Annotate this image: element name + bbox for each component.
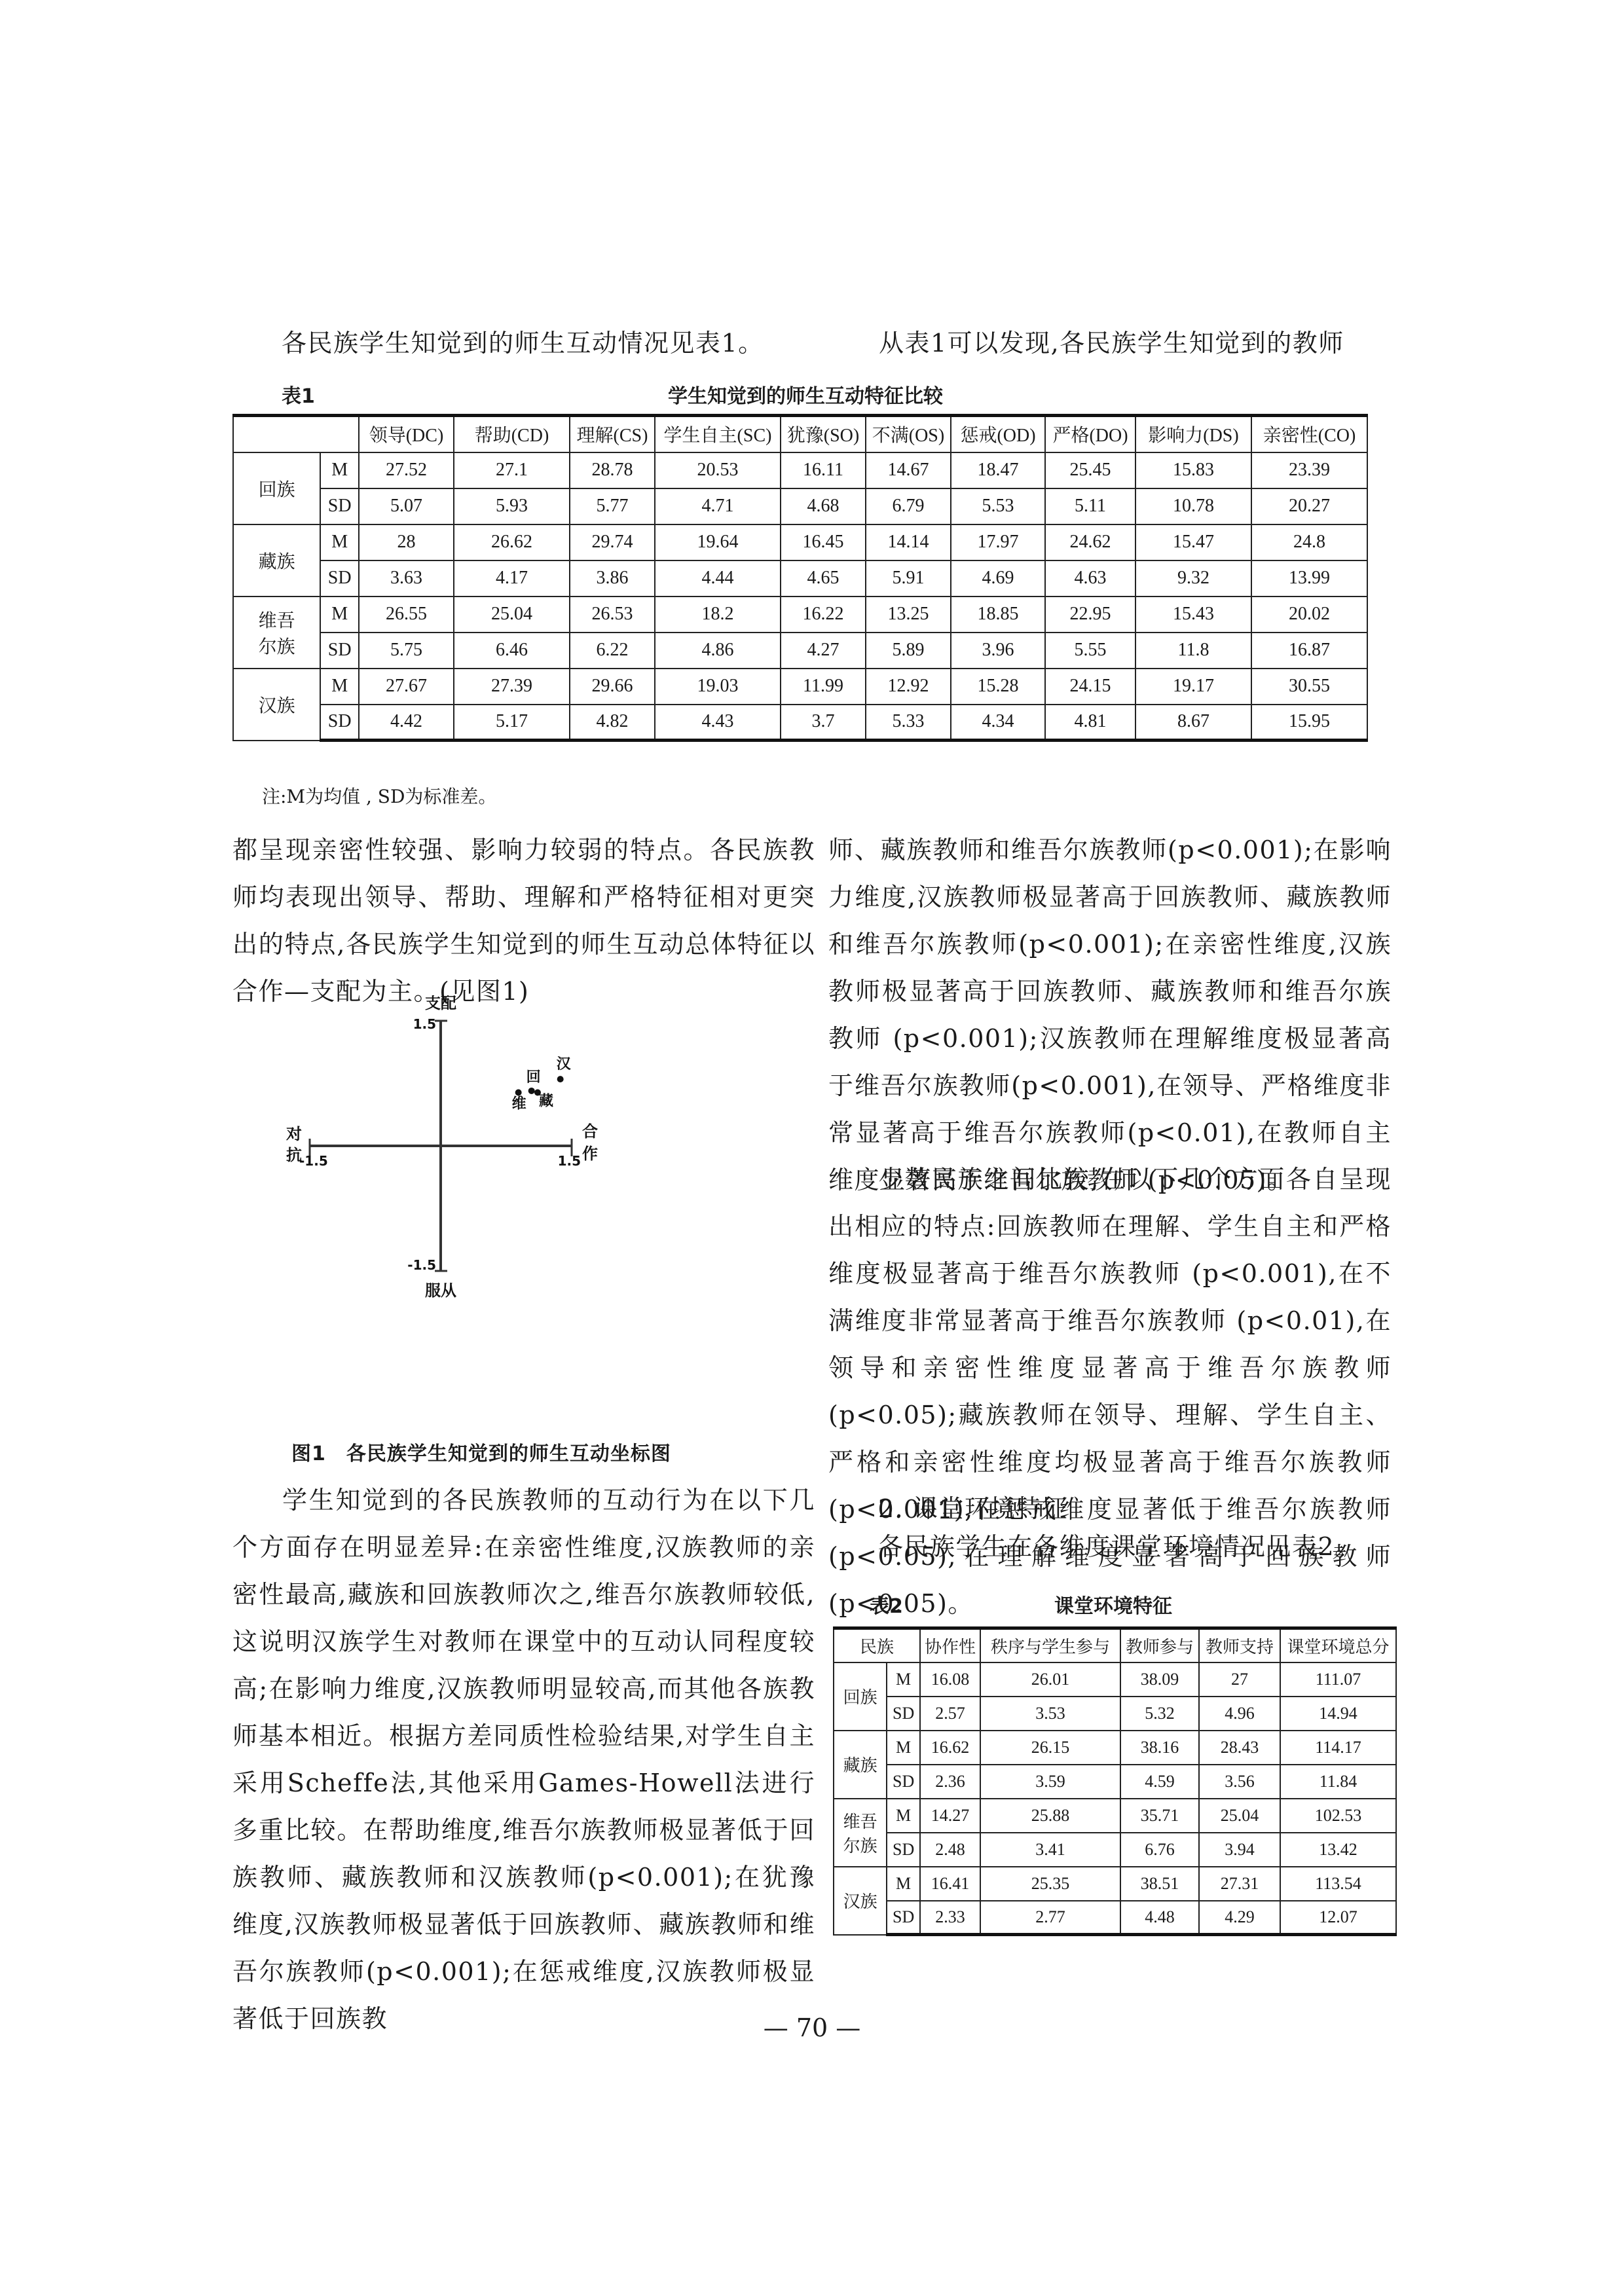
table2-row: SD2.573.535.324.9614.94 <box>834 1697 1396 1731</box>
table1-cell: 20.02 <box>1251 597 1367 633</box>
table2-row: SD2.483.416.763.9413.42 <box>834 1833 1396 1867</box>
table1-cell: 8.67 <box>1135 705 1251 741</box>
y-max-tick-label: 1.5 <box>413 1016 436 1032</box>
right-paragraph-3: 各民族学生在各维度课堂环境情况见表2。 <box>878 1523 1361 1570</box>
table1-row: 汉族M27.6727.3929.6619.0311.9912.9215.2824… <box>233 669 1367 705</box>
table2-col-header: 教师支持 <box>1199 1628 1280 1662</box>
table2-row: SD2.363.594.593.5611.84 <box>834 1765 1396 1799</box>
table1-cell: 16.11 <box>781 452 866 488</box>
table1-cell: 15.47 <box>1135 524 1251 560</box>
table1-col-header: 学生自主(SC) <box>655 416 781 452</box>
table1-cell: 3.96 <box>951 633 1045 669</box>
data-point-label: 汉 <box>557 1056 572 1073</box>
figure-1-chart: 支配1.5-1.5服从对抗-1.5合作1.5汉回藏维 <box>275 995 733 1454</box>
table2-label: 表2 <box>870 1590 903 1619</box>
table1-cell: 18.2 <box>655 597 781 633</box>
table1-cell: 5.93 <box>454 488 570 524</box>
table1-cell: 23.39 <box>1251 452 1367 488</box>
table1-cell: 13.99 <box>1251 560 1367 597</box>
table2-cell: 102.53 <box>1280 1799 1396 1833</box>
table2-cell: 16.08 <box>920 1662 980 1697</box>
data-point-label: 维 <box>512 1095 526 1112</box>
table1-title: 学生知觉到的师生互动特征比较 <box>347 380 1264 409</box>
table2-group-label: 藏族 <box>834 1731 887 1799</box>
table1-cell: 28 <box>359 524 454 560</box>
table2-cell: 28.43 <box>1199 1731 1280 1765</box>
table1-stat-label: M <box>320 452 359 488</box>
table1-group-label: 回族 <box>233 452 320 524</box>
table2-row: 汉族M16.4125.3538.5127.31113.54 <box>834 1867 1396 1901</box>
table2-cell: 38.09 <box>1120 1662 1199 1697</box>
table2-cell: 2.48 <box>920 1833 980 1867</box>
table1-group-label: 藏族 <box>233 524 320 597</box>
table1-cell: 5.75 <box>359 633 454 669</box>
table1-cell: 19.03 <box>655 669 781 705</box>
table1-cell: 4.69 <box>951 560 1045 597</box>
table1-cell: 29.74 <box>570 524 655 560</box>
table2-cell: 4.48 <box>1120 1901 1199 1935</box>
table2-cell: 13.42 <box>1280 1833 1396 1867</box>
table2-cell: 2.33 <box>920 1901 980 1935</box>
table1-row: SD3.634.173.864.444.655.914.694.639.3213… <box>233 560 1367 597</box>
table2-cell: 3.56 <box>1199 1765 1280 1799</box>
table2-stat-label: M <box>887 1867 920 1901</box>
table1-cell: 28.78 <box>570 452 655 488</box>
table1-cell: 24.8 <box>1251 524 1367 560</box>
table1-col-header: 严格(DO) <box>1045 416 1135 452</box>
table1-cell: 14.14 <box>866 524 951 560</box>
y-axis-bottom-label: 服从 <box>425 1281 456 1300</box>
table1-cell: 26.62 <box>454 524 570 560</box>
table2-group-label: 维吾尔族 <box>834 1799 887 1867</box>
right-paragraph-1-text: 师、藏族教师和维吾尔族教师(p<0.001);在影响力维度,汉族教师极显著高于回… <box>828 826 1392 1203</box>
table1-cell: 16.87 <box>1251 633 1367 669</box>
table2-cell: 4.29 <box>1199 1901 1280 1935</box>
table1-cell: 24.62 <box>1045 524 1135 560</box>
table1-cell: 10.78 <box>1135 488 1251 524</box>
table1-cell: 24.15 <box>1045 669 1135 705</box>
table2-col-header: 协作性 <box>920 1628 980 1662</box>
table1-cell: 5.07 <box>359 488 454 524</box>
table1-cell: 11.8 <box>1135 633 1251 669</box>
table2-cell: 14.27 <box>920 1799 980 1833</box>
data-point-label: 藏 <box>539 1093 553 1110</box>
table1-stat-label: SD <box>320 488 359 524</box>
table2-cell: 3.94 <box>1199 1833 1280 1867</box>
group-label-line1: 维吾 <box>259 611 295 631</box>
table1-cell: 4.17 <box>454 560 570 597</box>
table2-header-ethnicity: 民族 <box>834 1628 920 1662</box>
table1-cell: 4.43 <box>655 705 781 741</box>
table1-cell: 13.25 <box>866 597 951 633</box>
table2-row: SD2.332.774.484.2912.07 <box>834 1901 1396 1935</box>
table2-cell: 38.51 <box>1120 1867 1199 1901</box>
table1-cell: 5.17 <box>454 705 570 741</box>
table1-cell: 27.67 <box>359 669 454 705</box>
table1-cell: 5.53 <box>951 488 1045 524</box>
table1-col-header: 惩戒(OD) <box>951 416 1045 452</box>
table1-stat-label: M <box>320 524 359 560</box>
table1-label: 表1 <box>282 380 315 409</box>
table2-row: 维吾尔族M14.2725.8835.7125.04102.53 <box>834 1799 1396 1833</box>
left-paragraph-2-text: 学生知觉到的各民族教师的互动行为在以下几个方面存在明显差异:在亲密性维度,汉族教… <box>232 1477 815 2042</box>
table2-cell: 3.59 <box>980 1765 1120 1799</box>
table1-row: SD5.756.466.224.864.275.893.965.5511.816… <box>233 633 1367 669</box>
table1-col-header: 不满(OS) <box>866 416 951 452</box>
table1-cell: 5.55 <box>1045 633 1135 669</box>
table2-cell: 25.35 <box>980 1867 1120 1901</box>
table1-cell: 5.91 <box>866 560 951 597</box>
table1-stat-label: M <box>320 597 359 633</box>
table2-stat-label: SD <box>887 1765 920 1799</box>
table1-cell: 19.17 <box>1135 669 1251 705</box>
table1-col-header: 犹豫(SO) <box>781 416 866 452</box>
x-min-tick-label: -1.5 <box>299 1153 328 1169</box>
table2-group-label: 汉族 <box>834 1867 887 1935</box>
table2-cell: 27 <box>1199 1662 1280 1697</box>
table1-cell: 27.52 <box>359 452 454 488</box>
table2-cell: 114.17 <box>1280 1731 1396 1765</box>
table1-row: 回族M27.5227.128.7820.5316.1114.6718.4725.… <box>233 452 1367 488</box>
table1-row: SD4.425.174.824.433.75.334.344.818.6715.… <box>233 705 1367 741</box>
table1-cell: 4.81 <box>1045 705 1135 741</box>
table2-title: 课堂环境特征 <box>956 1590 1270 1619</box>
table1-cell: 12.92 <box>866 669 951 705</box>
table1-cell: 3.86 <box>570 560 655 597</box>
table2-cell: 25.88 <box>980 1799 1120 1833</box>
table1-cell: 4.82 <box>570 705 655 741</box>
table1-group-label: 汉族 <box>233 669 320 741</box>
interaction-coordinate-plot: 支配1.5-1.5服从对抗-1.5合作1.5汉回藏维 <box>275 995 733 1454</box>
x-axis-right-label-1: 合 <box>582 1122 598 1141</box>
table1-cell: 3.7 <box>781 705 866 741</box>
table1-row: SD5.075.935.774.714.686.795.535.1110.782… <box>233 488 1367 524</box>
table2-cell: 12.07 <box>1280 1901 1396 1935</box>
page-number: — 70 — <box>0 2013 1624 2042</box>
table2-cell: 25.04 <box>1199 1799 1280 1833</box>
table1-cell: 16.45 <box>781 524 866 560</box>
group-label-line2: 尔族 <box>843 1837 877 1856</box>
table2-cell: 26.01 <box>980 1662 1120 1697</box>
table2-cell: 35.71 <box>1120 1799 1199 1833</box>
table1-cell: 27.39 <box>454 669 570 705</box>
table1-cell: 5.33 <box>866 705 951 741</box>
data-point <box>515 1090 522 1096</box>
table1-row: 藏族M2826.6229.7419.6416.4514.1417.9724.62… <box>233 524 1367 560</box>
table2-cell: 113.54 <box>1280 1867 1396 1901</box>
table1-cell: 15.43 <box>1135 597 1251 633</box>
table1-cell: 18.47 <box>951 452 1045 488</box>
table2-cell: 3.53 <box>980 1697 1120 1731</box>
table1: 领导(DC)帮助(CD)理解(CS)学生自主(SC)犹豫(SO)不满(OS)惩戒… <box>232 414 1368 742</box>
intro-left-text: 各民族学生知觉到的师生互动情况见表1。 <box>282 320 805 367</box>
table1-note: 注:M为均值 , SD为标准差。 <box>262 782 496 809</box>
table1-cell: 5.77 <box>570 488 655 524</box>
table1-cell: 11.99 <box>781 669 866 705</box>
data-point <box>557 1076 564 1082</box>
table1-cell: 25.04 <box>454 597 570 633</box>
table1-stat-label: SD <box>320 705 359 741</box>
table1-cell: 15.83 <box>1135 452 1251 488</box>
table1-cell: 22.95 <box>1045 597 1135 633</box>
table2-cell: 5.32 <box>1120 1697 1199 1731</box>
table2-stat-label: M <box>887 1799 920 1833</box>
data-point-label: 回 <box>526 1069 541 1086</box>
table1-corner <box>233 416 359 452</box>
table1-group-label: 维吾尔族 <box>233 597 320 669</box>
table1-cell: 4.34 <box>951 705 1045 741</box>
table2-cell: 27.31 <box>1199 1867 1280 1901</box>
table1-cell: 6.79 <box>866 488 951 524</box>
table2-cell: 14.94 <box>1280 1697 1396 1731</box>
table1-stat-label: SD <box>320 560 359 597</box>
left-paragraph-1-text: 都呈现亲密性较强、影响力较弱的特点。各民族教师均表现出领导、帮助、理解和严格特征… <box>232 826 815 1015</box>
table1-cell: 4.86 <box>655 633 781 669</box>
x-axis-right-label-2: 作 <box>582 1145 598 1163</box>
table2-cell: 2.36 <box>920 1765 980 1799</box>
table1-stat-label: M <box>320 669 359 705</box>
table2-cell: 11.84 <box>1280 1765 1396 1799</box>
table2-cell: 38.16 <box>1120 1731 1199 1765</box>
table2-cell: 16.41 <box>920 1867 980 1901</box>
table1-cell: 14.67 <box>866 452 951 488</box>
figure-1-caption: 图1 各民族学生知觉到的师生互动坐标图 <box>291 1437 671 1466</box>
table2-stat-label: SD <box>887 1833 920 1867</box>
table1-cell: 9.32 <box>1135 560 1251 597</box>
table1-cell: 17.97 <box>951 524 1045 560</box>
left-paragraph-2: 学生知觉到的各民族教师的互动行为在以下几个方面存在明显差异:在亲密性维度,汉族教… <box>232 1477 815 2042</box>
table1-col-header: 领导(DC) <box>359 416 454 452</box>
table2-stat-label: SD <box>887 1697 920 1731</box>
table2-cell: 3.41 <box>980 1833 1120 1867</box>
table1-cell: 4.71 <box>655 488 781 524</box>
table1-cell: 4.42 <box>359 705 454 741</box>
table1-col-header: 影响力(DS) <box>1135 416 1251 452</box>
data-point <box>528 1088 535 1094</box>
table1-col-header: 亲密性(CO) <box>1251 416 1367 452</box>
table2-cell: 16.62 <box>920 1731 980 1765</box>
table1-cell: 30.55 <box>1251 669 1367 705</box>
table2-cell: 4.59 <box>1120 1765 1199 1799</box>
table2-col-header: 教师参与 <box>1120 1628 1199 1662</box>
y-axis-top-label: 支配 <box>425 995 456 1012</box>
table1-cell: 6.22 <box>570 633 655 669</box>
table2-cell: 2.77 <box>980 1901 1120 1935</box>
table1-col-header: 理解(CS) <box>570 416 655 452</box>
table1-cell: 16.22 <box>781 597 866 633</box>
table1-cell: 4.65 <box>781 560 866 597</box>
table2-cell: 6.76 <box>1120 1833 1199 1867</box>
left-paragraph-1: 都呈现亲密性较强、影响力较弱的特点。各民族教师均表现出领导、帮助、理解和严格特征… <box>232 826 815 1015</box>
table1-cell: 20.27 <box>1251 488 1367 524</box>
x-axis-left-label-1: 对 <box>286 1125 302 1143</box>
table1-cell: 4.27 <box>781 633 866 669</box>
table1-cell: 27.1 <box>454 452 570 488</box>
table2: 民族协作性秩序与学生参与教师参与教师支持课堂环境总分 回族M16.0826.01… <box>833 1626 1397 1936</box>
y-min-tick-label: -1.5 <box>407 1257 436 1273</box>
table1-cell: 29.66 <box>570 669 655 705</box>
table1-col-header: 帮助(CD) <box>454 416 570 452</box>
table2-cell: 4.96 <box>1199 1697 1280 1731</box>
table2-cell: 111.07 <box>1280 1662 1396 1697</box>
intro-right-text: 从表1可以发现,各民族学生知觉到的教师 <box>879 320 1403 367</box>
x-max-tick-label: 1.5 <box>558 1153 581 1169</box>
table1-cell: 15.28 <box>951 669 1045 705</box>
table2-group-label: 回族 <box>834 1662 887 1731</box>
table1-cell: 4.44 <box>655 560 781 597</box>
table2-cell: 2.57 <box>920 1697 980 1731</box>
table1-cell: 4.63 <box>1045 560 1135 597</box>
table2-stat-label: M <box>887 1662 920 1697</box>
group-label-line1: 维吾 <box>843 1812 877 1831</box>
table1-cell: 4.68 <box>781 488 866 524</box>
table2-stat-label: SD <box>887 1901 920 1935</box>
table1-cell: 19.64 <box>655 524 781 560</box>
table1-cell: 6.46 <box>454 633 570 669</box>
table1-cell: 15.95 <box>1251 705 1367 741</box>
table1-cell: 5.89 <box>866 633 951 669</box>
table1-cell: 20.53 <box>655 452 781 488</box>
group-label-line2: 尔族 <box>259 637 295 657</box>
table2-col-header: 秩序与学生参与 <box>980 1628 1120 1662</box>
table1-cell: 3.63 <box>359 560 454 597</box>
right-paragraph-1: 师、藏族教师和维吾尔族教师(p<0.001);在影响力维度,汉族教师极显著高于回… <box>828 826 1392 1203</box>
table1-cell: 26.55 <box>359 597 454 633</box>
table2-stat-label: M <box>887 1731 920 1765</box>
table1-cell: 26.53 <box>570 597 655 633</box>
table1-cell: 18.85 <box>951 597 1045 633</box>
table1-row: 维吾尔族M26.5525.0426.5318.216.2213.2518.852… <box>233 597 1367 633</box>
table2-row: 藏族M16.6226.1538.1628.43114.17 <box>834 1731 1396 1765</box>
table1-stat-label: SD <box>320 633 359 669</box>
table1-cell: 5.11 <box>1045 488 1135 524</box>
table2-row: 回族M16.0826.0138.0927111.07 <box>834 1662 1396 1697</box>
table2-col-header: 课堂环境总分 <box>1280 1628 1396 1662</box>
table1-cell: 25.45 <box>1045 452 1135 488</box>
table2-cell: 26.15 <box>980 1731 1120 1765</box>
